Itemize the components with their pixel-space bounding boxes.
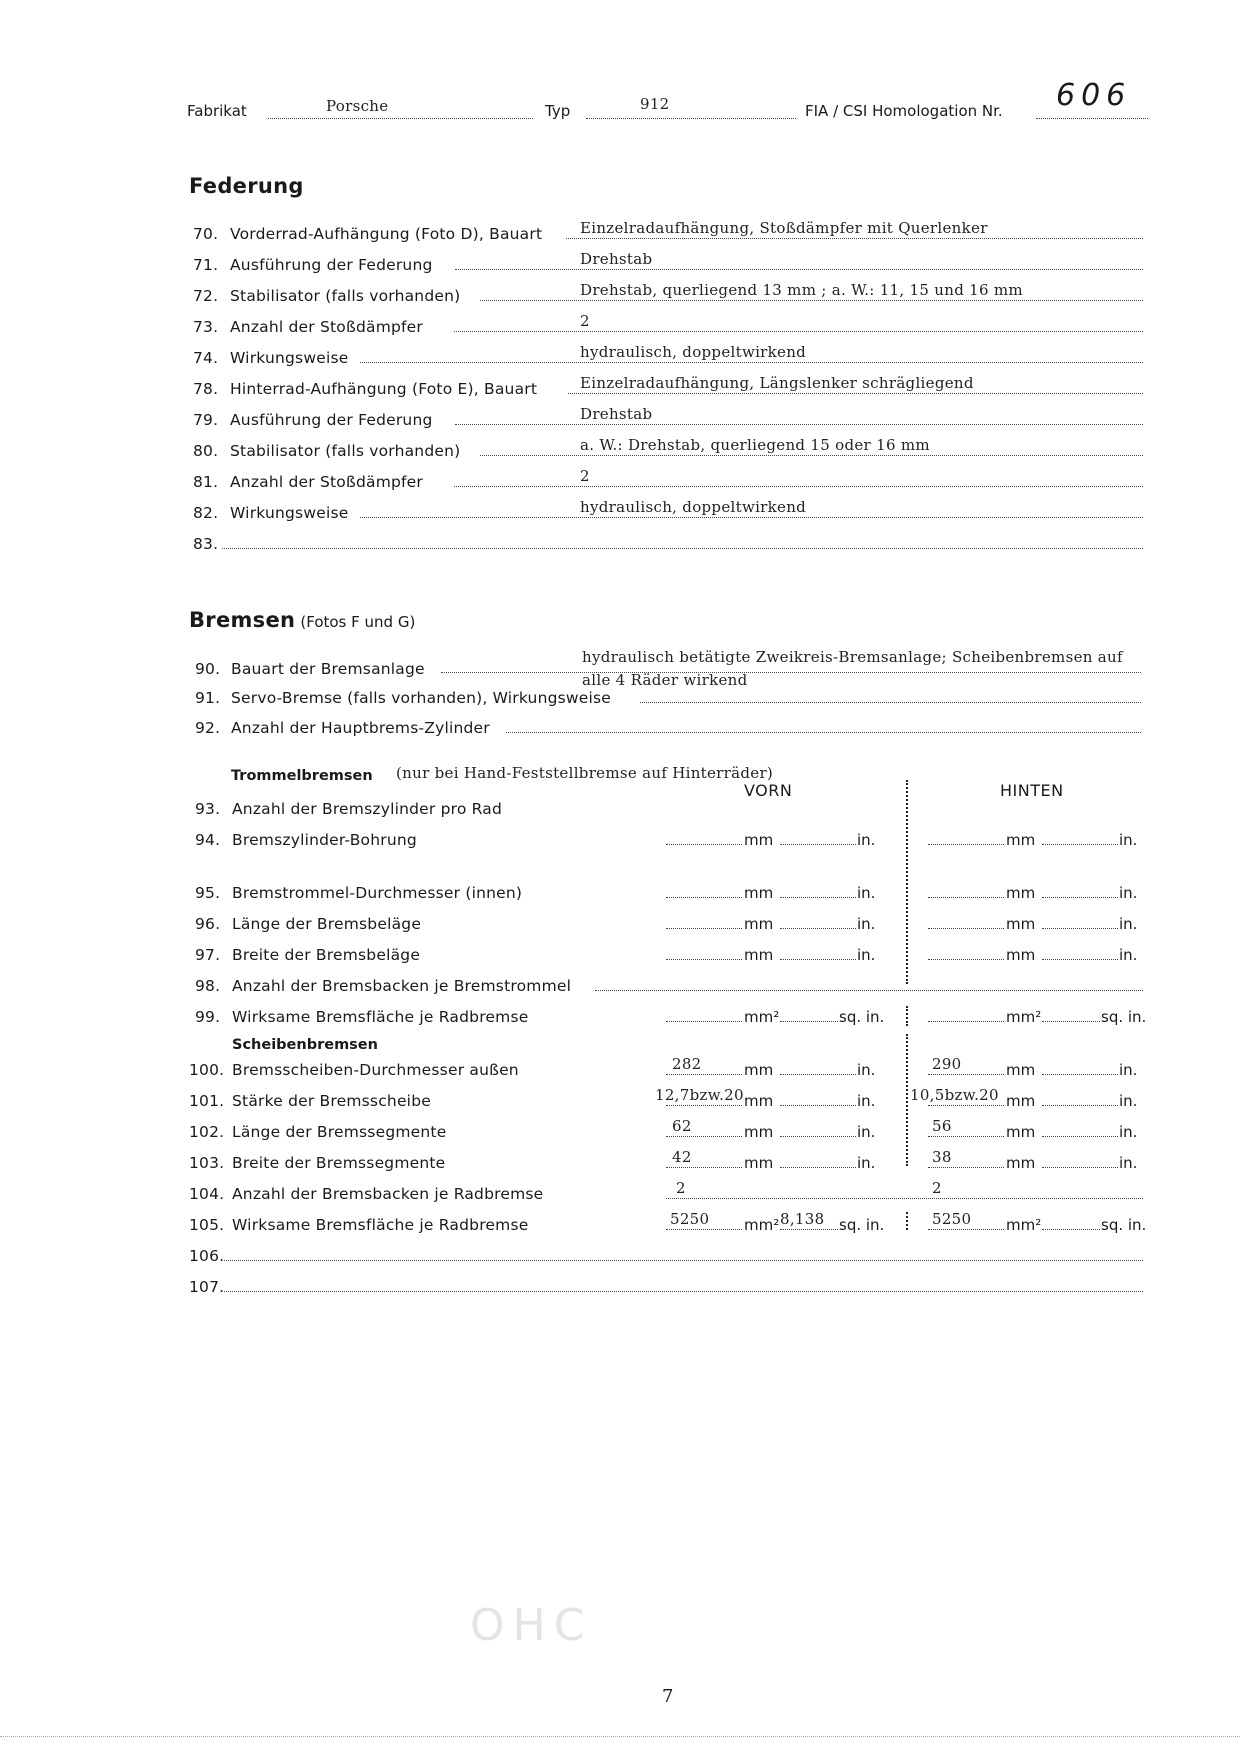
item-97-label: Breite der Bremsbeläge (232, 946, 420, 964)
item-105-front-mm-unit: mm² (744, 1216, 779, 1234)
item-98-field-line (595, 990, 1143, 991)
homologation-field-line (1036, 118, 1148, 119)
item-81-label: Anzahl der Stoßdämpfer (230, 473, 423, 491)
item-81-value: 2 (580, 467, 590, 485)
homologation-number: 606 (1056, 78, 1131, 113)
item-104-rear-value: 2 (932, 1179, 942, 1197)
section-title-bremsen: Bremsen (Fotos F und G) (189, 608, 415, 632)
item-74-field-line (360, 362, 1143, 363)
item-72-value: Drehstab, querliegend 13 mm ; a. W.: 11,… (580, 281, 1023, 299)
column-divider (906, 780, 908, 984)
item-105-rear-mm2-value: 5250 (932, 1210, 971, 1228)
item-82-value: hydraulisch, doppeltwirkend (580, 498, 806, 516)
item-100-front-mm-line (666, 1074, 742, 1075)
item-105-rear-in-line (1042, 1229, 1100, 1230)
item-94-rear-in-unit: in. (1119, 831, 1137, 849)
item-95-front-in-unit: in. (857, 884, 875, 902)
item-96-front-in-unit: in. (857, 915, 875, 933)
item-103-rear-in-unit: in. (1119, 1154, 1137, 1172)
item-91-field-line (640, 702, 1141, 703)
section-title-federung: Federung (189, 174, 304, 198)
item-102-rear-in-line (1042, 1136, 1118, 1137)
item-106-number: 106. (189, 1247, 224, 1265)
item-107-number: 107. (189, 1278, 224, 1296)
item-102-rear-in-unit: in. (1119, 1123, 1137, 1141)
make-label: Fabrikat (187, 102, 247, 120)
item-101-front-mm-unit: mm (744, 1092, 773, 1110)
item-105-rear-mm-unit: mm² (1006, 1216, 1041, 1234)
item-104-label: Anzahl der Bremsbacken je Radbremse (232, 1185, 543, 1203)
item-100-rear-mm-unit: mm (1006, 1061, 1035, 1079)
item-95-front-in-line (780, 897, 856, 898)
item-97-number: 97. (195, 946, 220, 964)
page-bottom-edge (0, 1736, 1240, 1737)
item-100-label: Bremsscheiben-Durchmesser außen (232, 1061, 519, 1079)
item-97-rear-in-line (1042, 959, 1118, 960)
item-101-front-in-line (780, 1105, 856, 1106)
item-73-value: 2 (580, 312, 590, 330)
item-90-number: 90. (195, 660, 220, 678)
item-101-front-in-unit: in. (857, 1092, 875, 1110)
item-103-front-mm-unit: mm (744, 1154, 773, 1172)
item-71-label: Ausführung der Federung (230, 256, 433, 274)
item-94-rear-in-line (1042, 844, 1118, 845)
item-73-field-line (454, 331, 1143, 332)
item-90-value-line2: alle 4 Räder wirkend (582, 671, 748, 689)
item-71-value: Drehstab (580, 250, 652, 268)
item-95-rear-mm-unit: mm (1006, 884, 1035, 902)
item-100-front-in-line (780, 1074, 856, 1075)
column-header-front: VORN (744, 781, 792, 800)
item-78-number: 78. (193, 380, 218, 398)
column-divider (906, 1006, 908, 1026)
item-103-rear-in-line (1042, 1167, 1118, 1168)
item-70-label: Vorderrad-Aufhängung (Foto D), Bauart (230, 225, 542, 243)
item-102-front-mm-unit: mm (744, 1123, 773, 1141)
item-105-front-in-unit: sq. in. (839, 1216, 884, 1234)
item-97-rear-mm-unit: mm (1006, 946, 1035, 964)
item-102-label: Länge der Bremssegmente (232, 1123, 446, 1141)
item-104-field-line (666, 1198, 1143, 1199)
item-80-value: a. W.: Drehstab, querliegend 15 oder 16 … (580, 436, 930, 454)
item-101-front-mm-line (666, 1105, 742, 1106)
item-101-rear-mm-line (928, 1105, 1004, 1106)
item-94-label: Bremszylinder-Bohrung (232, 831, 417, 849)
item-98-label: Anzahl der Bremsbacken je Bremstrommel (232, 977, 571, 995)
item-97-front-mm-unit: mm (744, 946, 773, 964)
item-81-field-line (454, 486, 1143, 487)
item-99-front-in-line (780, 1021, 838, 1022)
item-94-rear-mm-line (928, 844, 1004, 845)
item-99-front-mm-unit: mm² (744, 1008, 779, 1026)
item-73-number: 73. (193, 318, 218, 336)
item-78-field-line (568, 393, 1143, 394)
item-92-field-line (506, 732, 1141, 733)
item-99-rear-in-unit: sq. in. (1101, 1008, 1146, 1026)
item-94-front-in-line (780, 844, 856, 845)
item-103-rear-mm-value: 38 (932, 1148, 952, 1166)
item-72-label: Stabilisator (falls vorhanden) (230, 287, 460, 305)
item-103-number: 103. (189, 1154, 224, 1172)
column-divider (906, 1034, 908, 1166)
item-100-rear-in-unit: in. (1119, 1061, 1137, 1079)
item-80-label: Stabilisator (falls vorhanden) (230, 442, 460, 460)
item-104-front-value: 2 (676, 1179, 686, 1197)
item-96-rear-in-line (1042, 928, 1118, 929)
item-97-front-in-unit: in. (857, 946, 875, 964)
item-92-number: 92. (195, 719, 220, 737)
item-94-front-mm-line (666, 844, 742, 845)
item-102-rear-mm-unit: mm (1006, 1123, 1035, 1141)
item-90-field-line (441, 672, 1141, 673)
item-101-rear-in-line (1042, 1105, 1118, 1106)
item-100-front-in-unit: in. (857, 1061, 875, 1079)
item-79-value: Drehstab (580, 405, 652, 423)
item-104-number: 104. (189, 1185, 224, 1203)
item-79-field-line (455, 424, 1143, 425)
disc-brakes-title: Scheibenbremsen (232, 1037, 378, 1053)
item-95-rear-in-line (1042, 897, 1118, 898)
item-103-front-mm-line (666, 1167, 742, 1168)
item-95-rear-in-unit: in. (1119, 884, 1137, 902)
item-100-front-mm-unit: mm (744, 1061, 773, 1079)
bremsen-subtitle: (Fotos F und G) (300, 613, 415, 631)
item-90-value-line1: hydraulisch betätigte Zweikreis-Bremsanl… (582, 648, 1123, 666)
item-97-front-mm-line (666, 959, 742, 960)
item-79-number: 79. (193, 411, 218, 429)
item-99-rear-mm-line (928, 1021, 1004, 1022)
item-105-front-in-line (780, 1229, 838, 1230)
item-95-number: 95. (195, 884, 220, 902)
item-103-front-in-unit: in. (857, 1154, 875, 1172)
item-96-rear-mm-line (928, 928, 1004, 929)
homologation-label: FIA / CSI Homologation Nr. (805, 102, 1003, 120)
item-101-rear-in-unit: in. (1119, 1092, 1137, 1110)
item-74-number: 74. (193, 349, 218, 367)
item-81-number: 81. (193, 473, 218, 491)
item-92-label: Anzahl der Hauptbrems-Zylinder (231, 719, 490, 737)
item-91-label: Servo-Bremse (falls vorhanden), Wirkungs… (231, 689, 611, 707)
item-102-rear-mm-value: 56 (932, 1117, 952, 1135)
item-97-rear-mm-line (928, 959, 1004, 960)
item-70-value: Einzelradaufhängung, Stoßdämpfer mit Que… (580, 219, 988, 237)
item-99-number: 99. (195, 1008, 220, 1026)
item-78-label: Hinterrad-Aufhängung (Foto E), Bauart (230, 380, 537, 398)
item-102-front-in-line (780, 1136, 856, 1137)
item-79-label: Ausführung der Federung (230, 411, 433, 429)
item-102-rear-mm-line (928, 1136, 1004, 1137)
item-106-field-line (224, 1260, 1143, 1261)
item-103-rear-mm-line (928, 1167, 1004, 1168)
item-96-front-mm-unit: mm (744, 915, 773, 933)
item-95-rear-mm-line (928, 897, 1004, 898)
drum-brakes-note: (nur bei Hand-Feststellbremse auf Hinter… (396, 764, 773, 782)
item-105-rear-mm-line (928, 1229, 1004, 1230)
item-94-rear-mm-unit: mm (1006, 831, 1035, 849)
item-99-front-mm-line (666, 1021, 742, 1022)
item-93-label: Anzahl der Bremszylinder pro Rad (232, 800, 502, 818)
item-100-rear-mm-line (928, 1074, 1004, 1075)
item-71-number: 71. (193, 256, 218, 274)
item-96-front-in-line (780, 928, 856, 929)
item-105-front-mm-line (666, 1229, 742, 1230)
make-field-line (268, 118, 533, 119)
item-105-rear-in-unit: sq. in. (1101, 1216, 1146, 1234)
item-83-field-line (222, 548, 1143, 549)
item-72-field-line (480, 300, 1143, 301)
item-97-front-in-line (780, 959, 856, 960)
faint-stamp: OHC (470, 1600, 592, 1651)
item-74-label: Wirkungsweise (230, 349, 348, 367)
item-82-label: Wirkungsweise (230, 504, 348, 522)
item-96-number: 96. (195, 915, 220, 933)
item-72-number: 72. (193, 287, 218, 305)
item-103-rear-mm-unit: mm (1006, 1154, 1035, 1172)
item-95-front-mm-line (666, 897, 742, 898)
item-95-label: Bremstrommel-Durchmesser (innen) (232, 884, 522, 902)
item-102-front-in-unit: in. (857, 1123, 875, 1141)
item-105-number: 105. (189, 1216, 224, 1234)
item-82-number: 82. (193, 504, 218, 522)
item-78-value: Einzelradaufhängung, Längslenker schrägl… (580, 374, 974, 392)
item-99-front-in-unit: sq. in. (839, 1008, 884, 1026)
item-80-field-line (480, 455, 1143, 456)
page-number: 7 (662, 1686, 673, 1707)
item-105-label: Wirksame Bremsfläche je Radbremse (232, 1216, 528, 1234)
item-82-field-line (360, 517, 1143, 518)
item-101-rear-mm-unit: mm (1006, 1092, 1035, 1110)
item-96-rear-mm-unit: mm (1006, 915, 1035, 933)
item-83-number: 83. (193, 535, 218, 553)
item-71-field-line (455, 269, 1143, 270)
item-99-rear-mm-unit: mm² (1006, 1008, 1041, 1026)
item-95-front-mm-unit: mm (744, 884, 773, 902)
item-90-label: Bauart der Bremsanlage (231, 660, 425, 678)
item-94-front-in-unit: in. (857, 831, 875, 849)
item-94-number: 94. (195, 831, 220, 849)
item-80-number: 80. (193, 442, 218, 460)
column-header-rear: HINTEN (1000, 781, 1064, 800)
item-100-rear-mm-value: 290 (932, 1055, 962, 1073)
item-74-value: hydraulisch, doppeltwirkend (580, 343, 806, 361)
make-value: Porsche (326, 97, 388, 115)
item-98-number: 98. (195, 977, 220, 995)
item-94-front-mm-unit: mm (744, 831, 773, 849)
item-99-label: Wirksame Bremsfläche je Radbremse (232, 1008, 528, 1026)
item-102-number: 102. (189, 1123, 224, 1141)
item-107-field-line (224, 1291, 1143, 1292)
column-divider (906, 1212, 908, 1230)
item-102-front-mm-value: 62 (672, 1117, 692, 1135)
item-100-front-mm-value: 282 (672, 1055, 702, 1073)
type-label: Typ (545, 102, 570, 120)
item-102-front-mm-line (666, 1136, 742, 1137)
item-93-number: 93. (195, 800, 220, 818)
item-105-front-sqin-value: 8,138 (780, 1210, 824, 1228)
item-105-front-mm2-value: 5250 (670, 1210, 709, 1228)
type-value: 912 (640, 95, 670, 113)
item-99-rear-in-line (1042, 1021, 1100, 1022)
item-101-front-mm-value: 12,7bzw.20 (655, 1086, 744, 1104)
item-101-label: Stärke der Bremsscheibe (232, 1092, 431, 1110)
drum-brakes-title: Trommelbremsen (231, 768, 373, 784)
item-91-number: 91. (195, 689, 220, 707)
item-103-front-in-line (780, 1167, 856, 1168)
item-70-number: 70. (193, 225, 218, 243)
type-field-line (586, 118, 796, 119)
item-73-label: Anzahl der Stoßdämpfer (230, 318, 423, 336)
item-96-label: Länge der Bremsbeläge (232, 915, 421, 933)
item-70-field-line (566, 238, 1143, 239)
item-103-front-mm-value: 42 (672, 1148, 692, 1166)
item-101-rear-mm-value: 10,5bzw.20 (910, 1086, 999, 1104)
item-97-rear-in-unit: in. (1119, 946, 1137, 964)
item-100-number: 100. (189, 1061, 224, 1079)
item-96-rear-in-unit: in. (1119, 915, 1137, 933)
item-96-front-mm-line (666, 928, 742, 929)
item-101-number: 101. (189, 1092, 224, 1110)
item-103-label: Breite der Bremssegmente (232, 1154, 445, 1172)
item-100-rear-in-line (1042, 1074, 1118, 1075)
bremsen-title: Bremsen (189, 608, 295, 632)
